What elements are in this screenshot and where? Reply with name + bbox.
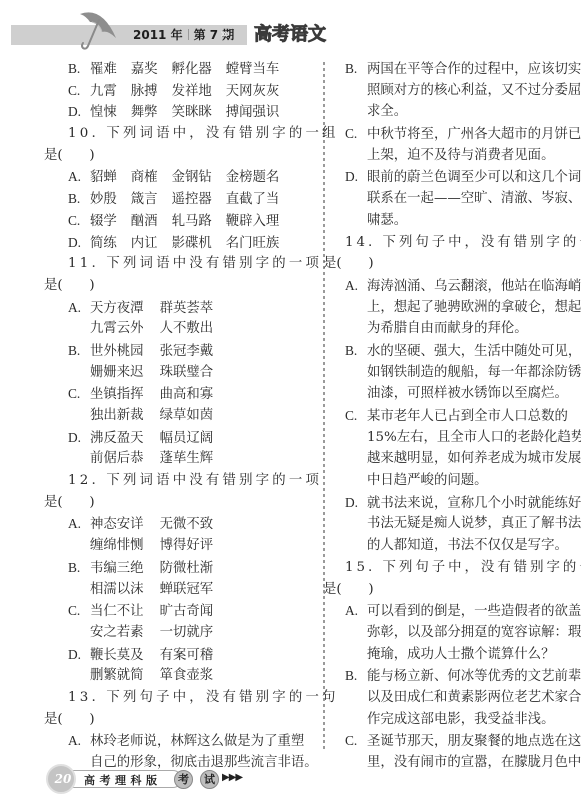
answer-blank: 是( ) [323, 579, 557, 601]
option-row: D.鞭长莫及有案可稽 [44, 644, 310, 666]
option-row-continued: 删繁就简箪食壶浆 [44, 665, 310, 687]
option-label: A. [68, 166, 90, 188]
option-text: 某市老年人已占到全市人口总数的 [367, 409, 568, 424]
option-label: A. [68, 730, 90, 752]
option-row-continued: 越来越明显，如何养老成为城市发展 [345, 448, 557, 470]
option-row: C.九霄脉搏发祥地天网灰灰 [44, 80, 310, 102]
word: 笑眯眯 [172, 102, 212, 124]
option-label: A. [68, 297, 90, 319]
word: 貂蝉 [90, 167, 117, 189]
option-row: D.简练内讧影碟机名门旺族 [44, 232, 310, 254]
option-text: 就书法来说，宣称几个小时就能练好 [367, 496, 581, 511]
word: 独出新裁 [90, 408, 144, 423]
option-label: C. [345, 730, 367, 752]
option-label: D. [68, 232, 90, 254]
option-text: 海涛汹涌、乌云翻滚，他站在临海峭岩 [367, 279, 581, 294]
option-label: C. [68, 80, 90, 102]
option-row-continued: 油漆，可照样被水锈饰以至腐烂。 [345, 383, 557, 405]
option-text: 两国在平等合作的过程中，应该切实 [367, 62, 581, 77]
option-row: B.罹难嘉奖孵化器螳臂当车 [44, 58, 310, 80]
option-row-continued: 15%左右，且全市人口的老龄化趋势 [345, 427, 557, 449]
option-label: B. [68, 340, 90, 362]
page-number-badge: 20 [46, 764, 76, 794]
option-row-continued: 独出新裁绿草如茵 [44, 405, 310, 427]
word: 删繁就简 [90, 668, 144, 683]
option-label: C. [345, 405, 367, 427]
question-stem: 13. 下列句子中，没有错别字的一句 [44, 687, 310, 709]
option-row-continued: 的人都知道，书法不仅仅是写字。 [345, 535, 557, 557]
option-row: D.就书法来说，宣称几个小时就能练好 [345, 492, 557, 514]
option-row-continued: 上架，迫不及待与消费者见面。 [345, 145, 557, 167]
word: 孵化器 [172, 59, 212, 81]
word: 博得好评 [160, 538, 214, 553]
option-row: A.海涛汹涌、乌云翻滚，他站在临海峭岩 [345, 275, 557, 297]
word: 有案可稽 [160, 645, 214, 667]
word: 商榷 [131, 167, 158, 189]
option-row: A.林玲老师说，林辉这么做是为了重塑 [44, 730, 310, 752]
magazine-title: 高考语文 [254, 24, 326, 46]
option-row: B.世外桃园张冠李戴 [44, 340, 310, 362]
word: 前倨后恭 [90, 451, 144, 466]
option-row-continued: 相濡以沫蝉联冠军 [44, 579, 310, 601]
option-label: D. [68, 644, 90, 666]
option-text: 眼前的蔚兰色调至少可以和这几个词 [367, 170, 581, 185]
option-label: D. [68, 427, 90, 449]
option-row-continued: 九霄云外人不敷出 [44, 318, 310, 340]
option-row: C.某市老年人已占到全市人口总数的 [345, 405, 557, 427]
option-row-continued: 为希腊自由而献身的拜伦。 [345, 318, 557, 340]
page-header: 2011 年第 7 期 ››› 高考语文 [0, 0, 581, 55]
word: 酗酒 [131, 211, 158, 233]
option-label: B. [68, 58, 90, 80]
word: 鞭辟入理 [226, 211, 280, 233]
option-row: D.惶悚舞弊笑眯眯搏闻强识 [44, 101, 310, 123]
kao-badge: 考 [174, 770, 193, 789]
word: 缠绵悱恻 [90, 538, 144, 553]
option-row-continued: 上，想起了驰骋欧洲的拿破仑，想起了 [345, 297, 557, 319]
word: 安之若素 [90, 625, 144, 640]
word: 蓬荜生辉 [160, 451, 214, 466]
word: 人不敷出 [160, 321, 214, 336]
question-stem: 10. 下列词语中，没有错别字的一组 [44, 123, 310, 145]
word: 金榜题名 [226, 167, 280, 189]
issue-number: 第 7 期 [194, 28, 235, 42]
answer-blank: 是( ) [44, 709, 310, 731]
edition-label: 高考理科版 [84, 772, 162, 788]
option-row-continued: 照顾对方的核心利益，又不过分委屈 [345, 80, 557, 102]
option-row: C.当仁不让旷古奇闻 [44, 600, 310, 622]
word: 曲高和寡 [160, 384, 214, 406]
word: 神态安详 [90, 514, 144, 536]
word: 舞弊 [131, 102, 158, 124]
right-column: B.两国在平等合作的过程中，应该切实 照顾对方的核心利益，又不过分委屈 求全。 … [345, 58, 557, 774]
word: 罹难 [90, 59, 117, 81]
option-row: B.两国在平等合作的过程中，应该切实 [345, 58, 557, 80]
option-row-continued: 弥彰，以及部分拥趸的宽容谅解：瑕不 [345, 622, 557, 644]
option-row-continued: 啸瑟。 [345, 210, 557, 232]
question-stem: 11. 下列词语中没有错别字的一项 [44, 253, 310, 275]
word: 简练 [90, 233, 117, 255]
word: 绿草如茵 [160, 408, 214, 423]
option-row: A.可以看到的倒是，一些造假者的欲盖 [345, 600, 557, 622]
option-row: C.中秋节将至，广州各大超市的月饼已 [345, 123, 557, 145]
option-row-continued: 求全。 [345, 101, 557, 123]
word: 脉搏 [131, 81, 158, 103]
word: 旷古奇闻 [160, 601, 214, 623]
word: 幅员辽阔 [160, 428, 214, 450]
word: 影碟机 [172, 233, 212, 255]
answer-blank: 是( ) [44, 492, 310, 514]
word: 惶悚 [90, 102, 117, 124]
arrows-icon: ▶▶▶ [222, 772, 242, 783]
word: 妙殷 [90, 189, 117, 211]
word: 相濡以沫 [90, 582, 144, 597]
word: 张冠李戴 [160, 341, 214, 363]
word: 韦编三绝 [90, 558, 144, 580]
word: 搏闻强识 [226, 102, 280, 124]
option-label: B. [345, 58, 367, 80]
option-label: B. [68, 188, 90, 210]
word: 箪食壶浆 [160, 668, 214, 683]
word: 金钢钻 [172, 167, 212, 189]
word: 九霄 [90, 81, 117, 103]
option-label: B. [345, 665, 367, 687]
option-row: D.眼前的蔚兰色调至少可以和这几个词 [345, 166, 557, 188]
option-row: B.能与杨立新、何冰等优秀的文艺前辈 [345, 665, 557, 687]
issue-year: 2011 年 [133, 28, 183, 42]
option-text: 圣诞节那天，朋友聚餐的地点选在这 [367, 734, 581, 749]
word: 直截了当 [226, 189, 280, 211]
word: 沸反盈天 [90, 428, 144, 450]
word: 内讧 [131, 233, 158, 255]
option-row: B.韦编三绝防微杜渐 [44, 557, 310, 579]
answer-blank: 是( ) [44, 275, 310, 297]
option-row-continued: 如钢铁制造的舰船，每一年都涂防锈 [345, 362, 557, 384]
option-label: D. [345, 166, 367, 188]
option-row: D.沸反盈天幅员辽阔 [44, 427, 310, 449]
option-label: C. [68, 600, 90, 622]
option-row: C.圣诞节那天，朋友聚餐的地点选在这 [345, 730, 557, 752]
column-divider [323, 62, 325, 752]
option-text: 可以看到的倒是，一些造假者的欲盖 [367, 604, 581, 619]
page-footer: 20 高考理科版 考 试 ▶▶▶ [0, 760, 581, 800]
word: 发祥地 [172, 81, 212, 103]
shi-badge: 试 [200, 770, 219, 789]
word: 九霄云外 [90, 321, 144, 336]
word: 名门旺族 [226, 233, 280, 255]
option-label: C. [68, 383, 90, 405]
option-row-continued: 安之若素一切就序 [44, 622, 310, 644]
question-stem: 12. 下列词语中没有错别字的一项 [44, 470, 310, 492]
option-label: D. [345, 492, 367, 514]
option-row-continued: 书法无疑是痴人说梦，真正了解书法 [345, 513, 557, 535]
option-label: C. [345, 123, 367, 145]
word: 一切就序 [160, 625, 214, 640]
option-label: B. [345, 340, 367, 362]
option-row: A.神态安详无微不致 [44, 513, 310, 535]
option-row: C.坐镇指挥曲高和寡 [44, 383, 310, 405]
option-label: A. [345, 275, 367, 297]
option-text: 水的坚硬、强大，生活中随处可见，比 [367, 344, 581, 359]
word: 箴言 [131, 189, 158, 211]
option-row-continued: 缠绵悱恻博得好评 [44, 535, 310, 557]
issue-separator [188, 29, 189, 40]
left-column: B.罹难嘉奖孵化器螳臂当车 C.九霄脉搏发祥地天网灰灰 D.惶悚舞弊笑眯眯搏闻强… [44, 58, 310, 774]
word: 天方夜潭 [90, 298, 144, 320]
option-row-continued: 以及田成仁和黄素影两位老艺术家合 [345, 687, 557, 709]
option-row: C.辍学酗酒轧马路鞭辟入理 [44, 210, 310, 232]
word: 群英荟萃 [160, 298, 214, 320]
option-label: C. [68, 210, 90, 232]
option-label: A. [345, 600, 367, 622]
answer-blank: 是( ) [323, 253, 557, 275]
option-row: B.妙殷箴言遥控器直截了当 [44, 188, 310, 210]
word: 当仁不让 [90, 601, 144, 623]
answer-blank: 是( ) [44, 145, 310, 167]
option-label: B. [68, 557, 90, 579]
word: 辍学 [90, 211, 117, 233]
page-number: 20 [48, 772, 78, 786]
option-text: 中秋节将至，广州各大超市的月饼已 [367, 127, 581, 142]
word: 无微不致 [160, 514, 214, 536]
option-row-continued: 联系在一起——空旷、清澈、岑寂、 [345, 188, 557, 210]
word: 螳臂当车 [226, 59, 280, 81]
word: 坐镇指挥 [90, 384, 144, 406]
word: 蝉联冠军 [160, 582, 214, 597]
option-label: A. [68, 513, 90, 535]
word: 轧马路 [172, 211, 212, 233]
option-row-continued: 姗姗来迟珠联璧合 [44, 362, 310, 384]
umbrella-icon [72, 8, 124, 52]
option-row: A.貂蝉商榷金钢钻金榜题名 [44, 166, 310, 188]
word: 防微杜渐 [160, 558, 214, 580]
option-text: 林玲老师说，林辉这么做是为了重塑 [90, 734, 304, 749]
option-row-continued: 中日趋严峻的问题。 [345, 470, 557, 492]
option-text: 能与杨立新、何冰等优秀的文艺前辈 [367, 669, 581, 684]
option-row-continued: 掩瑜，成功人士撒个谎算什么？ [345, 644, 557, 666]
word: 珠联璧合 [160, 365, 214, 380]
word: 嘉奖 [131, 59, 158, 81]
question-stem: 15. 下列句子中，没有错别字的一句 [345, 557, 557, 579]
word: 世外桃园 [90, 341, 144, 363]
option-row-continued: 作完成这部电影，我受益非浅。 [345, 709, 557, 731]
chevrons-decoration: ››› [220, 27, 227, 43]
option-label: D. [68, 101, 90, 123]
option-row-continued: 前倨后恭蓬荜生辉 [44, 448, 310, 470]
word: 天网灰灰 [226, 81, 280, 103]
option-row: A.天方夜潭群英荟萃 [44, 297, 310, 319]
word: 鞭长莫及 [90, 645, 144, 667]
question-stem: 14. 下列句子中，没有错别字的一句 [345, 232, 557, 254]
word: 姗姗来迟 [90, 365, 144, 380]
word: 遥控器 [172, 189, 212, 211]
option-row: B.水的坚硬、强大，生活中随处可见，比 [345, 340, 557, 362]
